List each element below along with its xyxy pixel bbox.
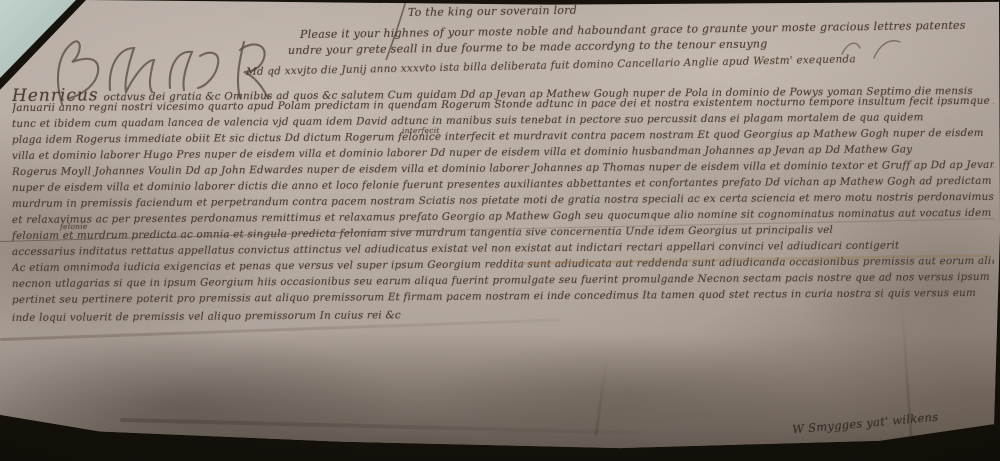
- clerk-signature: W Smygges yat' wilkens: [792, 410, 939, 437]
- parchment-deed: To the king our soverain lord Please it …: [0, 0, 1000, 461]
- interlineation: felonie: [60, 222, 88, 231]
- fold-crease: [594, 356, 608, 436]
- interlineation: interfecit: [402, 126, 440, 135]
- grant-line: pertinet seu pertinere poterit pro premi…: [12, 287, 994, 306]
- chancery-delivery-note: Md qd xxvjto die Junij anno xxxvto ista …: [246, 53, 856, 78]
- grant-line: inde loqui voluerit de premissis vel ali…: [12, 308, 492, 324]
- photograph-of-deed: To the king our soverain lord Please it …: [0, 0, 1000, 461]
- petition-line: undre your grete seall in due fourme to …: [288, 37, 768, 57]
- petition-address: To the king our soverain lord: [408, 4, 577, 19]
- fold-crease: [120, 418, 640, 435]
